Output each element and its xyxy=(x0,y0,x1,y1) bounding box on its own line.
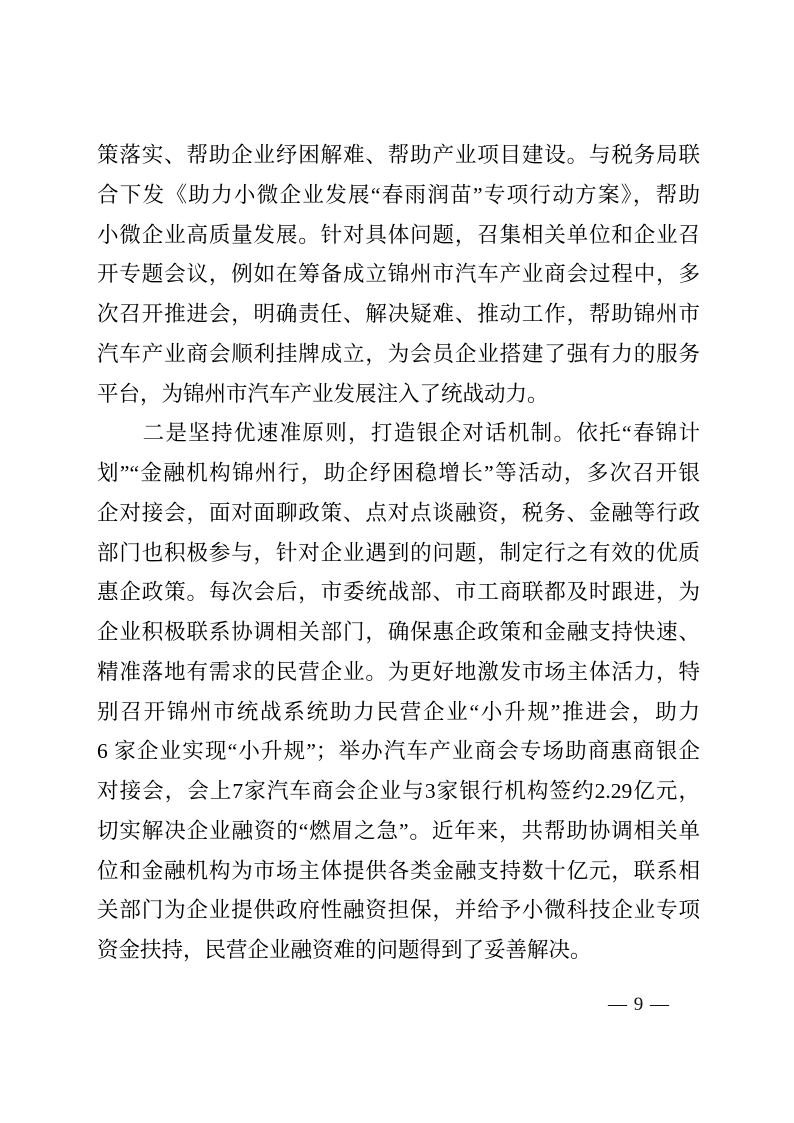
text-line: 企业积极联系协调相关部门，确保惠企政策和金融支持快速、 xyxy=(97,613,700,653)
text-line: 汽车产业商会顺利挂牌成立，为会员企业搭建了强有力的服务 xyxy=(97,335,700,375)
text-line: 小微企业高质量发展。针对具体问题，召集相关单位和企业召 xyxy=(97,216,700,256)
text-line: 对接会，会上7家汽车商会企业与3家银行机构签约2.29亿元， xyxy=(97,772,700,812)
text-line: 精准落地有需求的民营企业。为更好地激发市场主体活力，特 xyxy=(97,653,700,693)
text-line: 企对接会，面对面聊政策、点对点谈融资，税务、金融等行政 xyxy=(97,494,700,534)
paragraph-second-point: 二是坚持优速准原则，打造银企对话机制。依托“春锦计划”“金融机构锦州行，助企纾困… xyxy=(97,414,700,971)
text-line: 划”“金融机构锦州行，助企纾困稳增长”等活动，多次召开银 xyxy=(97,454,700,494)
text-line: 次召开推进会，明确责任、解决疑难、推动工作，帮助锦州市 xyxy=(97,295,700,335)
paragraph-continued: 策落实、帮助企业纾困解难、帮助产业项目建设。与税务局联合下发《助力小微企业发展“… xyxy=(97,136,700,414)
text-line: 关部门为企业提供政府性融资担保，并给予小微科技企业专项 xyxy=(97,891,700,931)
text-line: 位和金融机构为市场主体提供各类金融支持数十亿元，联系相 xyxy=(97,852,700,892)
text-line: 开专题会议，例如在筹备成立锦州市汽车产业商会过程中，多 xyxy=(97,255,700,295)
text-line: 策落实、帮助企业纾困解难、帮助产业项目建设。与税务局联 xyxy=(97,136,700,176)
text-line: 6 家企业实现“小升规”；举办汽车产业商会专场助商惠商银企 xyxy=(97,732,700,772)
text-line: 平台，为锦州市汽车产业发展注入了统战动力。 xyxy=(97,375,700,415)
text-line: 资金扶持，民营企业融资难的问题得到了妥善解决。 xyxy=(97,931,700,971)
page-number: — 9 — xyxy=(608,993,670,1017)
text-line: 惠企政策。每次会后，市委统战部、市工商联都及时跟进，为 xyxy=(97,573,700,613)
text-line: 二是坚持优速准原则，打造银企对话机制。依托“春锦计 xyxy=(97,414,700,454)
document-page: 策落实、帮助企业纾困解难、帮助产业项目建设。与税务局联合下发《助力小微企业发展“… xyxy=(0,0,794,1123)
body-text: 策落实、帮助企业纾困解难、帮助产业项目建设。与税务局联合下发《助力小微企业发展“… xyxy=(97,136,700,971)
text-line: 部门也积极参与，针对企业遇到的问题，制定行之有效的优质 xyxy=(97,534,700,574)
text-line: 别召开锦州市统战系统助力民营企业“小升规”推进会，助力 xyxy=(97,693,700,733)
text-line: 合下发《助力小微企业发展“春雨润苗”专项行动方案》，帮助 xyxy=(97,176,700,216)
text-line: 切实解决企业融资的“燃眉之急”。近年来，共帮助协调相关单 xyxy=(97,812,700,852)
